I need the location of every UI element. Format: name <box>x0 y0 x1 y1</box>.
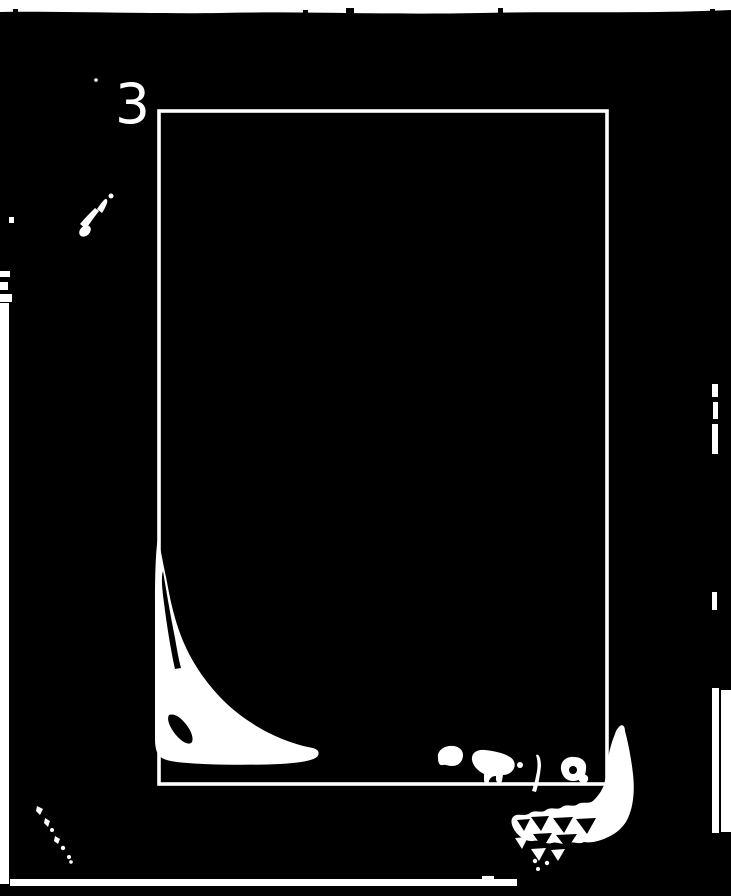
right-edge-dash <box>712 424 718 454</box>
top-edge-notch <box>498 8 503 13</box>
streak-dot <box>61 846 65 850</box>
streak-dot <box>67 855 71 859</box>
left-edge-margin <box>0 303 9 884</box>
top-edge-notch <box>710 9 715 13</box>
right-edge-line <box>712 688 719 833</box>
blob-ring-hole <box>569 766 577 774</box>
top-edge-notch <box>13 9 18 14</box>
top-edge-notch <box>303 10 308 14</box>
right-edge-dash <box>712 384 718 397</box>
left-edge-tick <box>9 217 14 223</box>
scanned-figure-page: 3 <box>0 0 731 896</box>
figure-canvas: 3 <box>0 0 731 896</box>
streak-dot <box>50 828 54 832</box>
top-edge-margin <box>0 0 731 14</box>
speck <box>536 867 540 871</box>
bottom-edge-bump <box>482 876 494 881</box>
bottom-edge-margin <box>10 879 517 886</box>
left-edge-dash <box>0 294 12 302</box>
right-edge-dash <box>713 402 718 419</box>
blob-dot <box>517 762 523 768</box>
figure-number: 3 <box>115 72 150 136</box>
top-edge-notch <box>346 8 354 14</box>
left-edge-dash <box>0 271 10 277</box>
speck <box>94 78 98 82</box>
left-edge-dash <box>0 282 8 290</box>
comet-dot <box>109 194 114 199</box>
streak-dot <box>69 860 73 864</box>
speck <box>533 859 537 863</box>
right-edge-margin <box>721 690 731 832</box>
right-edge-dash <box>712 592 717 610</box>
speck <box>545 861 549 865</box>
